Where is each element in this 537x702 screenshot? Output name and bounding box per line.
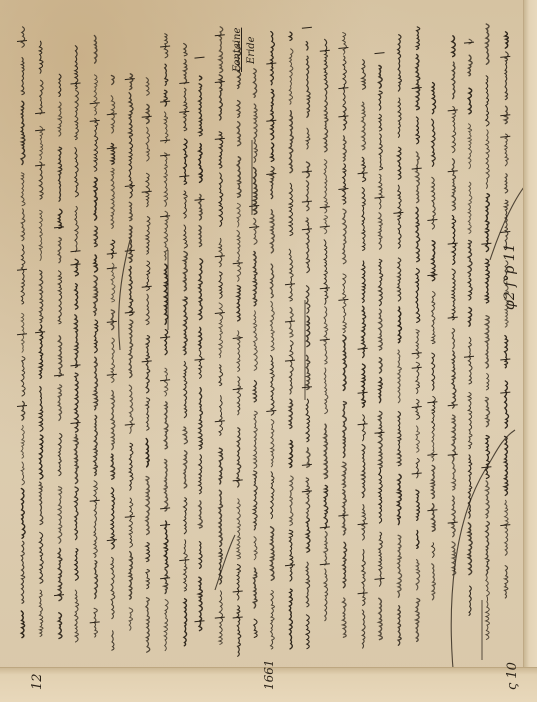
page-edge xyxy=(523,0,537,672)
annotation-fontaine: Fontaine xyxy=(232,28,243,72)
folio-reference: φ2 f°p 11 xyxy=(502,243,518,310)
handwriting-lines xyxy=(0,0,537,702)
manuscript-photo: 12 1661 Fontaine Eride φ2 f°p 11 ς 10 xyxy=(0,0,537,702)
page-number: 12 xyxy=(30,673,45,690)
bottom-right-marks: ς 10 xyxy=(505,662,520,690)
margin-year: 1661 xyxy=(262,659,276,690)
annotation-eride: Eride xyxy=(246,36,257,64)
